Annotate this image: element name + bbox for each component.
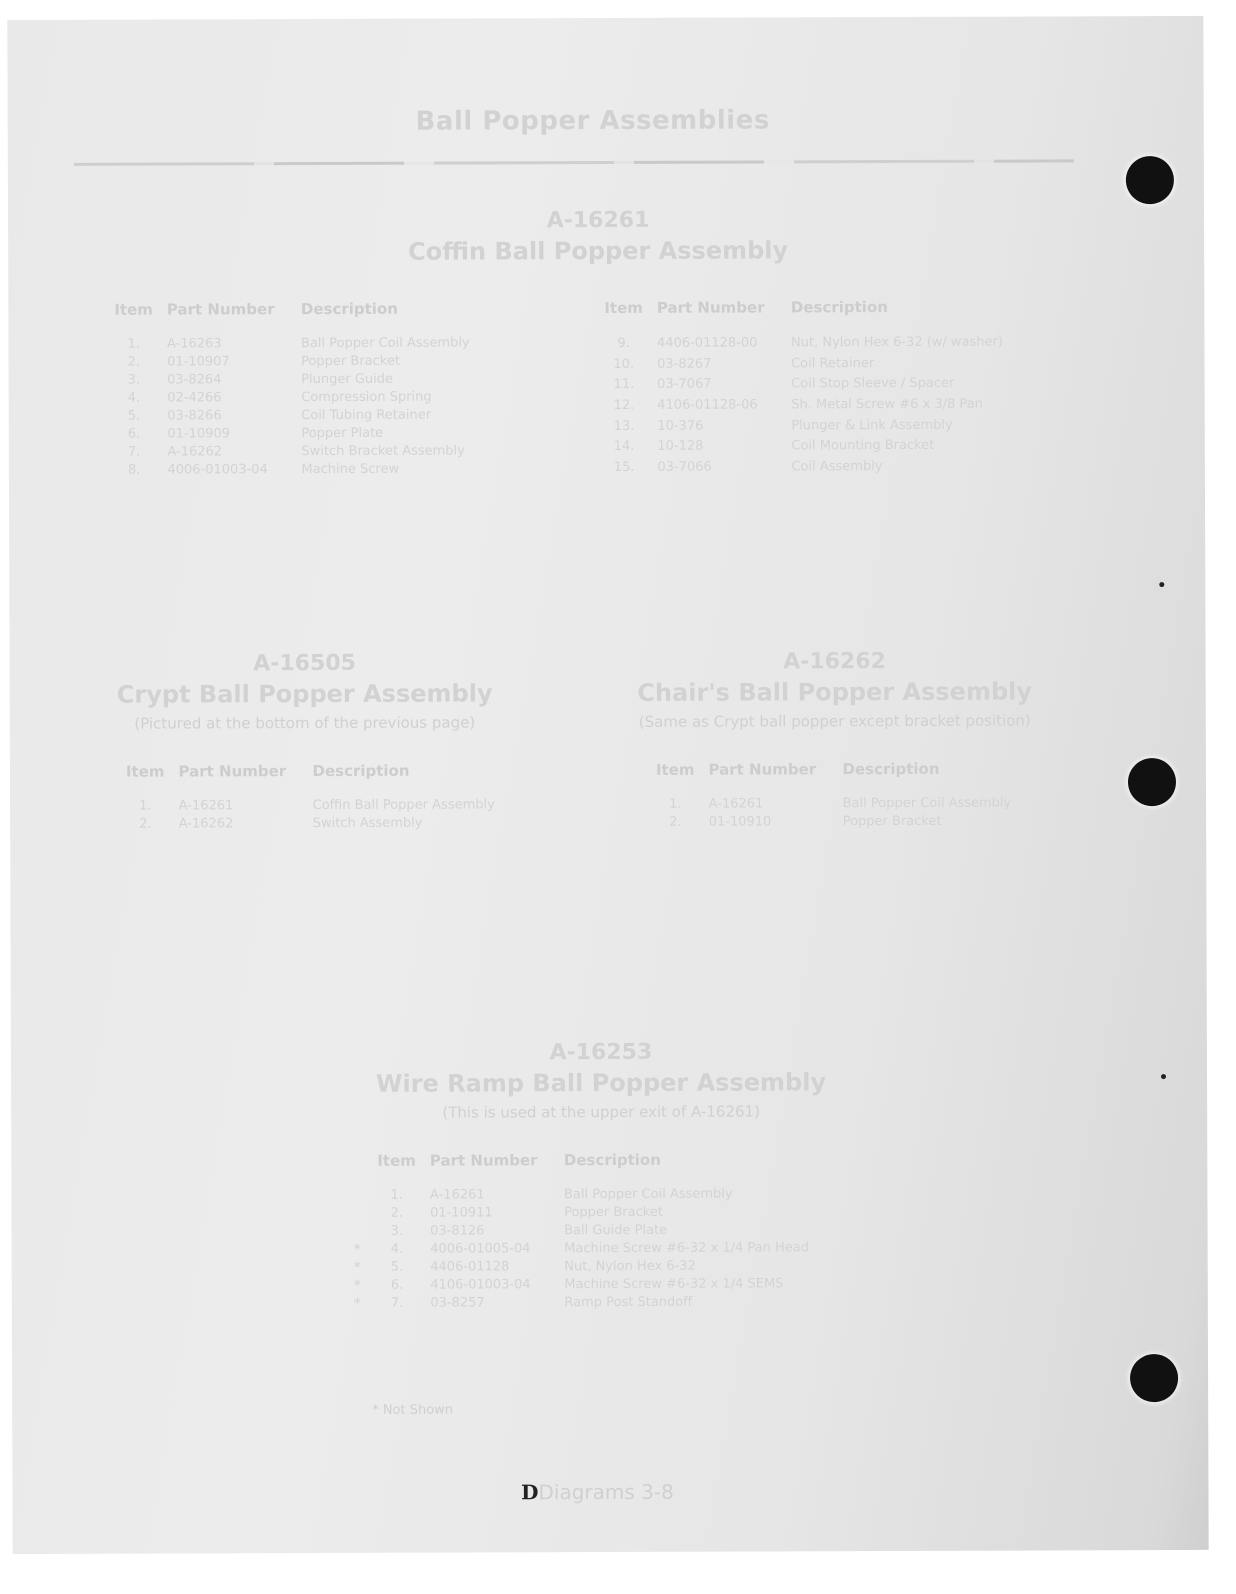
part-description: Coil Tubing Retainer [301,407,574,426]
not-shown-marker: * [354,1296,378,1314]
part-description: Compression Spring [301,389,574,408]
part-number: 01-10911 [430,1205,564,1223]
punch-hole-middle [1128,758,1176,806]
part-description: Machine Screw #6-32 x 1/4 SEMS [564,1276,823,1295]
part-description: Machine Screw #6-32 x 1/4 Pan Head [564,1240,823,1259]
col-item: Item [604,299,657,335]
item-number: 9. [604,335,657,356]
punch-hole-bottom [1130,1354,1178,1402]
section-wire-ramp-popper: A-16253 Wire Ramp Ball Popper Assembly (… [331,1039,872,1314]
footer-glyph: D [521,1480,538,1504]
part-number: 01-10909 [167,426,301,444]
part-description: Switch Assembly [313,815,509,834]
part-number: 4406-01128-00 [657,334,791,355]
item-number: 10. [605,355,658,376]
part-description: Ball Popper Coil Assembly [564,1186,823,1205]
item-number: 6. [115,427,168,445]
not-shown-marker: * [354,1242,378,1260]
col-part-number: Part Number [708,760,842,796]
part-number: 4106-01003-04 [430,1277,564,1295]
part-description: Ball Guide Plate [564,1222,823,1241]
part-number: A-16261 [709,796,843,814]
part-number: 03-8266 [167,408,301,426]
assembly-subtitle: (This is used at the upper exit of A-162… [331,1102,871,1122]
part-number: A-16261 [430,1187,564,1205]
col-part-number: Part Number [657,298,791,334]
item-number: 4. [378,1242,431,1260]
table-row: 1.A-16263Ball Popper Coil Assembly [114,335,574,355]
item-number: 2. [114,355,167,373]
assembly-subtitle: (Pictured at the bottom of the previous … [90,713,520,733]
part-number: 4406-01128 [430,1259,564,1277]
part-description: Switch Bracket Assembly [301,443,574,462]
assembly-title: Coffin Ball Popper Assembly [68,235,1128,267]
part-description: Coil Mounting Bracket [791,436,1125,458]
table-row: 2.01-10907Popper Bracket [114,353,574,373]
parts-tables: Item Part Number Description 1.A-16263Ba… [68,297,1129,481]
section-chair-popper: A-16262 Chair's Ball Popper Assembly (Sa… [620,648,1051,832]
table-row: 4.02-4266Compression Spring [115,389,575,409]
col-description: Description [842,760,1025,797]
col-description: Description [564,1150,823,1187]
table-row: 15.03-7066Coil Assembly [605,457,1125,479]
part-description: Popper Plate [301,425,574,444]
not-shown-marker [353,1188,377,1206]
item-number: 15. [605,458,658,479]
footer-page-ref: 3-8 [641,1480,674,1504]
page-footer: DDiagrams 3-8 [12,1478,1182,1506]
item-number: 1. [114,337,167,355]
part-description: Coil Stop Sleeve / Spacer [791,374,1125,396]
item-number: 2. [126,816,179,834]
col-description: Description [312,761,508,798]
table-row: 2.A-16262Switch Assembly [126,815,509,834]
table-row: 1.A-16261Ball Popper Coil Assembly [656,796,1025,815]
part-description: Coil Assembly [791,457,1125,479]
item-number: 7. [378,1296,431,1314]
part-number: 03-8126 [430,1223,564,1241]
col-part-number: Part Number [167,300,301,336]
col-description: Description [301,299,575,336]
assembly-title: Wire Ramp Ball Popper Assembly [331,1068,871,1098]
part-number: 03-8257 [430,1295,564,1313]
part-number: 03-7067 [657,375,791,396]
part-description: Nut, Nylon Hex 6-32 [564,1258,823,1277]
item-number: 5. [378,1260,431,1278]
table-row: 12.4106-01128-06Sh. Metal Screw #6 x 3/8… [605,395,1125,417]
table-row: 6.01-10909Popper Plate [115,425,575,445]
part-number: 01-10910 [709,814,843,832]
speck-mark [1159,582,1164,587]
assembly-title: Crypt Ball Popper Assembly [90,679,520,709]
part-number: 10-128 [657,437,791,458]
part-number: 03-8264 [167,372,301,390]
part-description: Popper Bracket [843,814,1026,833]
item-number: 1. [656,797,709,815]
item-number: 2. [656,815,709,833]
assembly-title: Chair's Ball Popper Assembly [620,677,1050,707]
footnote-not-shown: * Not Shown [372,1403,453,1418]
col-item: Item [126,762,179,798]
table-row: 8.4006-01003-04Machine Screw [115,461,575,481]
speck-mark [1161,1074,1166,1079]
item-number: 14. [605,438,658,459]
table-row: *5.4406-01128Nut, Nylon Hex 6-32 [354,1258,823,1278]
part-description: Sh. Metal Screw #6 x 3/8 Pan [791,395,1125,417]
table-row: *7.03-8257Ramp Post Standoff [354,1294,823,1314]
not-shown-marker [354,1224,378,1242]
item-number: 1. [126,798,179,816]
not-shown-marker: * [354,1260,378,1278]
part-description: Coffin Ball Popper Assembly [313,797,509,816]
table-row: 3.03-8264Plunger Guide [115,371,575,391]
part-description: Nut, Nylon Hex 6-32 (w/ washer) [791,333,1125,355]
footer-text: Diagrams [538,1480,634,1504]
parts-table: Item Part Number Description 1.A-16261Ba… [656,760,1025,833]
table-row: 14.10-128Coil Mounting Bracket [605,436,1125,458]
title-divider [74,159,1074,165]
punch-hole-top [1126,156,1174,204]
assembly-part-number: A-16261 [68,206,1128,235]
assembly-part-number: A-16253 [331,1039,871,1066]
table-row: *4.4006-01005-04Machine Screw #6-32 x 1/… [354,1240,823,1260]
item-number: 3. [115,373,168,391]
scanned-page: Ball Popper Assemblies A-16261 Coffin Ba… [7,16,1208,1554]
item-number: 5. [115,409,168,427]
part-description: Plunger Guide [301,371,574,390]
part-description: Plunger & Link Assembly [791,415,1125,437]
table-row: 1.A-16261Ball Popper Coil Assembly [353,1186,822,1206]
part-description: Coil Retainer [791,354,1125,376]
item-number: 7. [115,445,168,463]
part-number: A-16262 [167,444,301,462]
part-description: Ramp Post Standoff [564,1294,823,1313]
item-number: 8. [115,463,168,481]
part-number: A-16263 [167,336,301,354]
col-description: Description [791,297,1125,334]
part-description: Popper Bracket [301,353,574,372]
part-number: 03-8267 [657,355,791,376]
item-number: 3. [378,1224,431,1242]
part-description: Ball Popper Coil Assembly [301,335,574,354]
table-row: 5.03-8266Coil Tubing Retainer [115,407,575,427]
table-row: 2.01-10910Popper Bracket [656,814,1025,833]
part-description: Machine Screw [301,461,574,480]
item-number: 12. [605,397,658,418]
col-marker [353,1152,377,1188]
not-shown-marker: * [354,1278,378,1296]
part-description: Popper Bracket [564,1204,823,1223]
part-number: 01-10907 [167,354,301,372]
parts-table: Item Part Number Description 1.A-16261Ba… [353,1150,823,1314]
table-row: 2.01-10911Popper Bracket [353,1204,822,1224]
section-coffin-popper: A-16261 Coffin Ball Popper Assembly Item… [68,206,1129,481]
col-item: Item [377,1152,430,1188]
item-number: 1. [377,1188,430,1206]
part-number: A-16262 [179,816,313,834]
table-row: *6.4106-01003-04Machine Screw #6-32 x 1/… [354,1276,823,1296]
parts-table-left: Item Part Number Description 1.A-16263Ba… [114,299,575,481]
table-row: 13.10-376Plunger & Link Assembly [605,415,1125,437]
parts-table-right: Item Part Number Description 9.4406-0112… [604,297,1125,479]
table-row: 7.A-16262Switch Bracket Assembly [115,443,575,463]
section-crypt-popper: A-16505 Crypt Ball Popper Assembly (Pict… [90,650,521,834]
col-part-number: Part Number [178,762,312,798]
table-row: 3.03-8126Ball Guide Plate [354,1222,823,1242]
col-item: Item [114,301,167,337]
part-number: 4006-01003-04 [167,462,301,480]
col-item: Item [656,761,709,797]
part-number: 4006-01005-04 [430,1241,564,1259]
item-number: 2. [377,1206,430,1224]
assembly-subtitle: (Same as Crypt ball popper except bracke… [620,711,1050,731]
item-number: 6. [378,1278,431,1296]
table-row: 10.03-8267Coil Retainer [605,354,1125,376]
table-row: 1.A-16261Coffin Ball Popper Assembly [126,797,509,816]
part-number: 02-4266 [167,390,301,408]
item-number: 4. [115,391,168,409]
assembly-part-number: A-16505 [90,650,520,677]
item-number: 11. [605,376,658,397]
page-title: Ball Popper Assemblies [8,104,1178,138]
table-row: 9.4406-01128-00Nut, Nylon Hex 6-32 (w/ w… [604,333,1124,355]
not-shown-marker [353,1206,377,1224]
assembly-part-number: A-16262 [620,648,1050,675]
part-number: 4106-01128-06 [657,396,791,417]
col-part-number: Part Number [430,1151,564,1187]
parts-table: Item Part Number Description 1.A-16261Co… [126,761,509,834]
table-row: 11.03-7067Coil Stop Sleeve / Spacer [605,374,1125,396]
part-number: A-16261 [179,798,313,816]
part-description: Ball Popper Coil Assembly [843,796,1026,815]
part-number: 10-376 [657,417,791,438]
part-number: 03-7066 [657,458,791,479]
item-number: 13. [605,417,658,438]
